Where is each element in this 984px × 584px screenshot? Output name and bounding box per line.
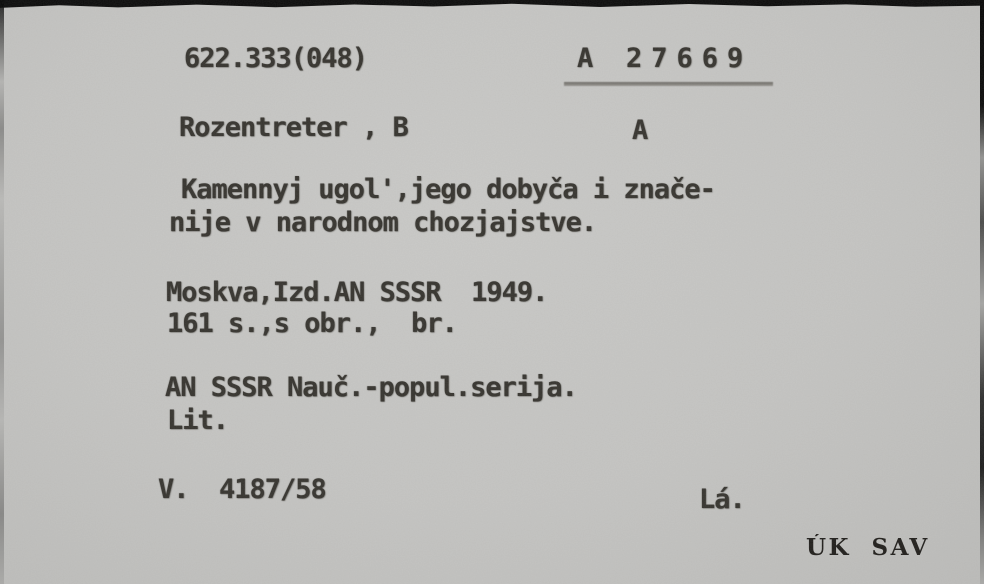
- scan-edge-top: [0, 0, 984, 9]
- author-line: Rozentreter , B: [179, 114, 408, 142]
- call-number-digits: 27669: [626, 45, 752, 73]
- call-number-underline: [564, 82, 773, 86]
- title-line-1: Kamennyj ugol',jego dobyča i znače-: [181, 176, 715, 204]
- call-number-letter: A: [577, 45, 592, 73]
- imprint-line: Moskva,Izd.AN SSSR 1949.: [166, 279, 547, 307]
- title-line-2: nije v narodnom chozjajstve.: [169, 209, 596, 237]
- series-line-2: Lit.: [167, 407, 228, 435]
- library-stamp: ÚK SAV: [806, 534, 930, 561]
- cataloguer-initials: Lá.: [699, 486, 745, 514]
- series-line-1: AN SSSR Nauč.-popul.serija.: [165, 374, 577, 402]
- scan-edge-left: [0, 0, 4, 584]
- catalog-card-scan: 622.333(048) A 27669 Rozentreter , B A K…: [0, 0, 984, 584]
- accession-number: V. 4187/58: [158, 476, 326, 504]
- classification-number: 622.333(048): [184, 45, 367, 73]
- scan-edge-right: [980, 0, 984, 584]
- author-cutter-mark: A: [632, 117, 647, 145]
- collation-line: 161 s.,s obr., br.: [167, 310, 457, 338]
